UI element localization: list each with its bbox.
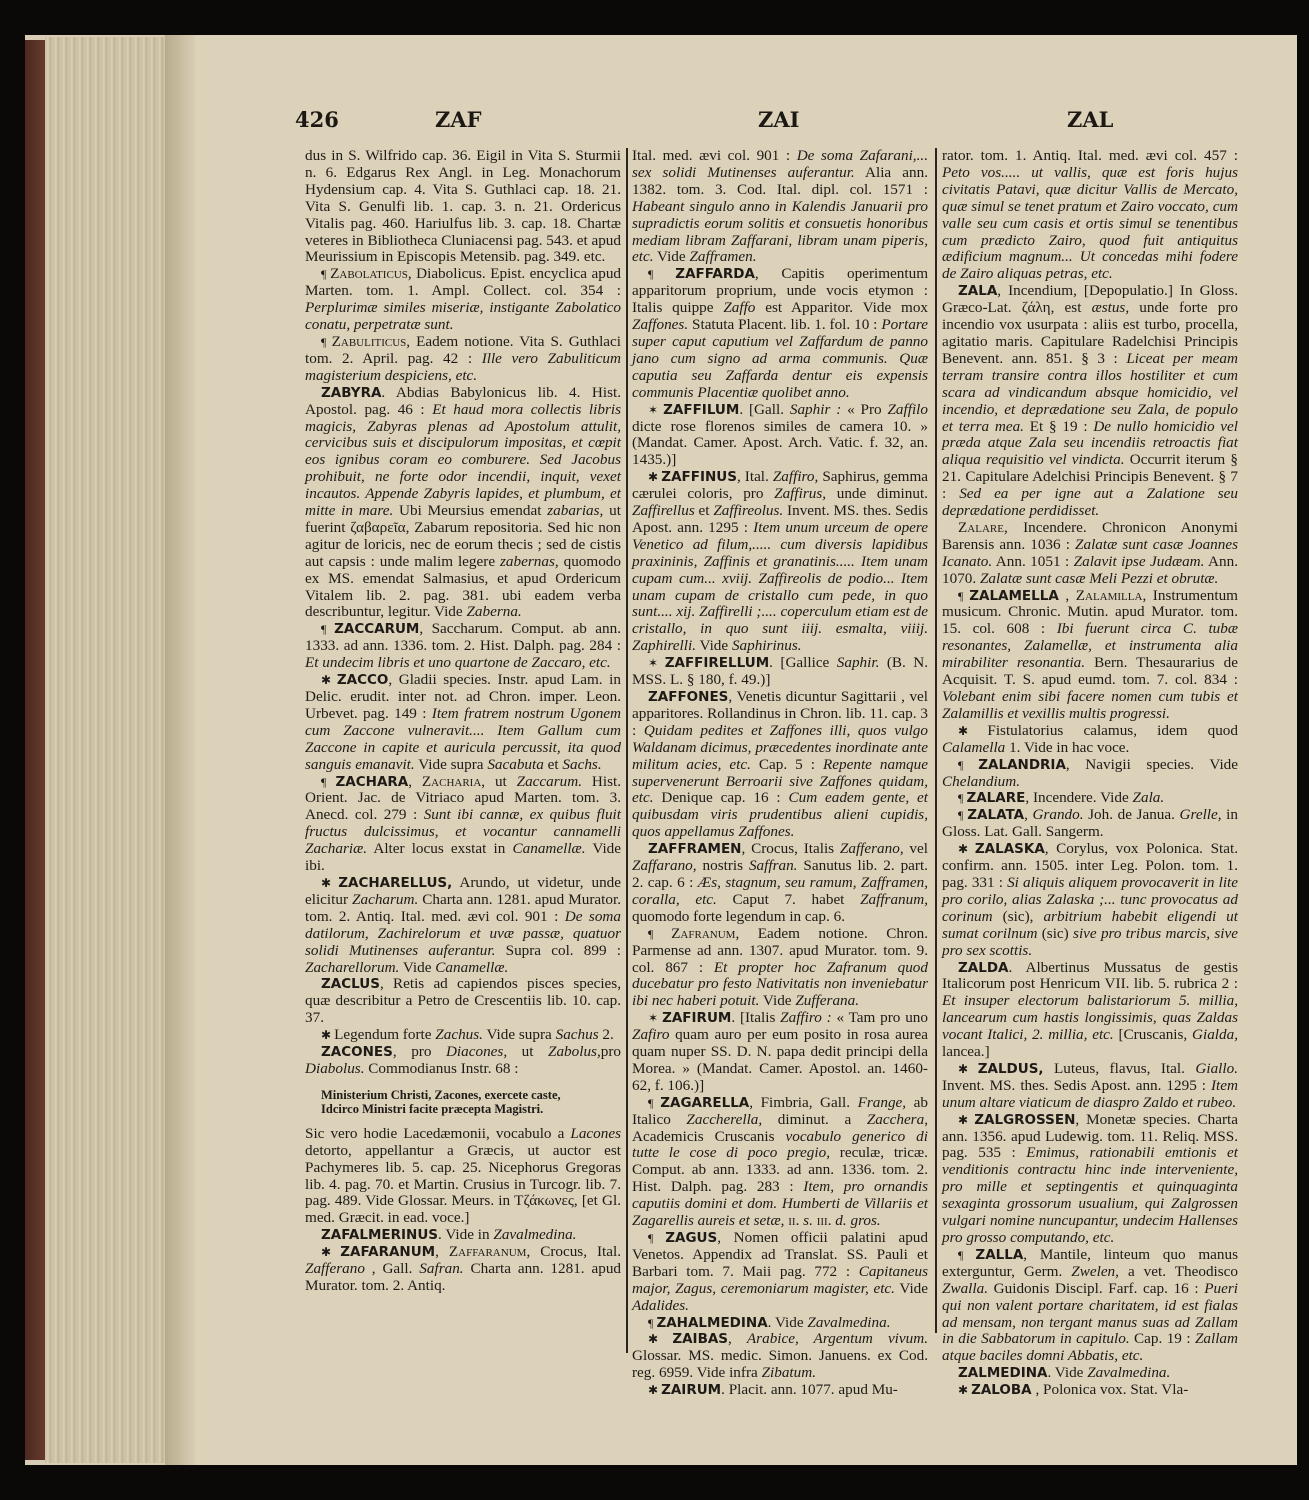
open-book: 426 ZAF ZAI ZAL dus in S. Wilfrido cap. … <box>25 35 1297 1465</box>
dictionary-entry: ✱ ZAFFINUS, Ital. Zaffiro, Saphirus, gem… <box>632 469 928 655</box>
entry-marker-icon: ✶ <box>648 656 665 670</box>
headword: ZALDA <box>958 960 1009 976</box>
headword: ZALOBA <box>971 1382 1032 1398</box>
gutter-shadow <box>165 35 195 1465</box>
dictionary-entry: ZAFFONES, Venetis dicuntur Sagittarii , … <box>632 689 928 841</box>
dictionary-entry: ✶ ZAFIRUM. [Italis Zaffiro : « Tam pro u… <box>632 1010 928 1095</box>
headword: ZAFIRUM <box>662 1010 731 1026</box>
dictionary-entry: ZALA, Incendium, [Depopulatio.] In Gloss… <box>942 283 1238 520</box>
headword: ZACONES <box>321 1044 393 1060</box>
headword: ZAFALMERINUS <box>321 1227 438 1243</box>
entry-marker-icon: ✱ <box>321 1245 340 1259</box>
running-header-left: ZAF <box>435 107 482 132</box>
headword: ZALDUS, <box>978 1061 1044 1077</box>
dictionary-entry: ✱ ZACCO, Gladii species. Instr. apud Lam… <box>305 672 621 773</box>
headword: ZALARE <box>966 790 1025 806</box>
headword: ZAFFRAMEN <box>648 841 741 857</box>
dictionary-entry: ¶ ZAHALMEDINA. Vide Zavalmedina. <box>632 1315 928 1332</box>
entry-marker-icon: ¶ <box>648 1231 665 1245</box>
dictionary-entry: ✶ ZAFFIRELLUM. [Gallice Saphir. (B. N. M… <box>632 655 928 689</box>
column-divider-2 <box>935 148 937 1333</box>
headword: ZALA <box>958 283 997 299</box>
dictionary-entry: ZABYRA. Abdias Babylonicus lib. 4. Hist.… <box>305 385 621 622</box>
entry-marker-icon: ✱ <box>958 1383 971 1397</box>
entry-marker-icon: ✶ <box>648 403 663 417</box>
dictionary-entry: ZALDA. Albertinus Mussatus de gestis Ita… <box>942 960 1238 1061</box>
entry-marker-icon: ✱ <box>958 724 987 738</box>
dictionary-entry: ✱ ZAFARANUM, Zaffaranum, Crocus, Ital. Z… <box>305 1244 621 1295</box>
entry-marker-icon: ¶ <box>321 775 336 789</box>
dictionary-entry: ✶ ZAFFILUM. [Gall. Saphir : « Pro Zaffil… <box>632 402 928 470</box>
dictionary-entry: ZACONES, pro Diacones, ut Zabolus,pro Di… <box>305 1044 621 1078</box>
headword: ZAFFARDA <box>675 266 755 282</box>
column-divider-1 <box>626 148 628 1353</box>
dictionary-entry: ¶ ZALATA, Grando. Joh. de Janua. Grelle,… <box>942 807 1238 841</box>
dictionary-entry: ¶ ZALANDRIA, Navigii species. Vide Chela… <box>942 757 1238 791</box>
column-3: rator. tom. 1. Antiq. Ital. med. ævi col… <box>942 148 1238 1399</box>
dictionary-entry: ✱ ZALASKA, Corylus, vox Polonica. Stat. … <box>942 841 1238 959</box>
dictionary-entry: rator. tom. 1. Antiq. Ital. med. ævi col… <box>942 148 1238 283</box>
headword: ZAIRUM <box>661 1382 721 1398</box>
dictionary-entry: ¶ ZALAMELLA , Zalamilla, Instrumentum mu… <box>942 588 1238 723</box>
column-1: dus in S. Wilfrido cap. 36. Eigil in Vit… <box>305 148 621 1295</box>
entry-marker-icon: ¶ <box>958 589 969 603</box>
dictionary-entry: ZAFFRAMEN, Crocus, Italis Zafferano, vel… <box>632 841 928 926</box>
dictionary-entry: Idcirco Ministri facite præcepta Magistr… <box>321 1102 621 1116</box>
headword: ZAGARELLA <box>660 1095 749 1111</box>
dictionary-entry: Ital. med. ævi col. 901 : De soma Zafara… <box>632 148 928 266</box>
entry-marker-icon: ✱ <box>321 673 337 687</box>
dictionary-entry: ¶ ZACHARA, Zacharia, ut Zaccarum. Hist. … <box>305 774 621 875</box>
entry-marker-icon: ✱ <box>648 1332 672 1346</box>
dictionary-entry: ✱ ZALDUS, Luteus, flavus, Ital. Giallo. … <box>942 1061 1238 1112</box>
entry-marker-icon: ¶ <box>321 335 332 349</box>
entry-marker-icon: ✱ <box>321 1028 334 1042</box>
dictionary-entry: ✱ ZAIRUM. Placit. ann. 1077. apud Mu- <box>632 1382 928 1399</box>
dictionary-entry: ✱ Legendum forte Zachus. Vide supra Sach… <box>305 1027 621 1044</box>
dictionary-entry: ✱ ZACHARELLUS, Arundo, ut videtur, unde … <box>305 875 621 976</box>
entry-marker-icon: ✱ <box>958 1113 974 1127</box>
headword: ZALASKA <box>975 841 1045 857</box>
headword: ZALLA <box>975 1247 1023 1263</box>
entry-marker-icon: ¶ <box>648 927 671 941</box>
entry-marker-icon: ¶ <box>648 1096 660 1110</box>
entry-marker-icon: ¶ <box>648 267 675 281</box>
dictionary-page: 426 ZAF ZAI ZAL dus in S. Wilfrido cap. … <box>195 35 1297 1465</box>
dictionary-entry: ZACLUS, Retis ad capiendos pisces specie… <box>305 976 621 1027</box>
entry-marker-icon: ✶ <box>648 1011 662 1025</box>
dictionary-entry: Sic vero hodie Lacedæmonii, vocabulo a L… <box>305 1126 621 1227</box>
headword: ZAFFONES <box>648 689 728 705</box>
dictionary-entry: ¶ Zabolaticus, Diabolicus. Epist. encycl… <box>305 266 621 334</box>
dictionary-entry: ¶ ZALARE, Incendere. Vide Zala. <box>942 790 1238 807</box>
dictionary-entry: Ministerium Christi, Zacones, exercete c… <box>321 1088 621 1102</box>
entry-marker-icon: ¶ <box>958 808 967 822</box>
entry-marker-icon: ✱ <box>321 876 338 890</box>
headword: ZAFFILUM <box>663 402 739 418</box>
dictionary-entry: ✱ ZALGROSSEN, Monetæ species. Charta ann… <box>942 1112 1238 1247</box>
dictionary-entry: ZALMEDINA. Vide Zavalmedina. <box>942 1365 1238 1382</box>
headword: ZALGROSSEN <box>974 1112 1075 1128</box>
dictionary-entry: Zalare, Incendere. Chronicon Anonymi Bar… <box>942 520 1238 588</box>
headword: ZABYRA <box>321 385 381 401</box>
entry-marker-icon: ✱ <box>648 470 661 484</box>
entry-marker-icon: ✱ <box>958 842 975 856</box>
headword: ZALATA <box>967 807 1024 823</box>
headword: ZAHALMEDINA <box>656 1315 767 1331</box>
dictionary-entry: ¶ Zafranum, Eadem notione. Chron. Parmen… <box>632 926 928 1011</box>
headword: ZALAMELLA <box>969 588 1059 604</box>
headword: ZACCARUM <box>334 621 419 637</box>
headword: ZALANDRIA <box>978 757 1066 773</box>
headword: ZACHARA <box>336 774 409 790</box>
dictionary-entry: ¶ ZAGARELLA, Fimbria, Gall. Frange, ab I… <box>632 1095 928 1230</box>
dictionary-entry: ✱ ZAIBAS, Arabice, Argentum vivum. Gloss… <box>632 1331 928 1382</box>
entry-marker-icon: ✱ <box>958 1062 978 1076</box>
headword: ZACHARELLUS, <box>338 875 452 891</box>
page-number: 426 <box>295 107 339 132</box>
headword: ZACLUS <box>321 976 380 992</box>
headword: ZALMEDINA <box>958 1365 1047 1381</box>
entry-marker-icon: ¶ <box>321 267 330 281</box>
dictionary-entry: ✱ ZALOBA , Polonica vox. Stat. Vla- <box>942 1382 1238 1399</box>
headword: ZAGUS <box>665 1230 717 1246</box>
entry-marker-icon: ¶ <box>321 622 334 636</box>
dictionary-entry: dus in S. Wilfrido cap. 36. Eigil in Vit… <box>305 148 621 266</box>
running-header-right: ZAL <box>1067 107 1113 132</box>
dictionary-entry: ¶ Zabuliticus, Eadem notione. Vita S. Gu… <box>305 334 621 385</box>
running-header-center: ZAI <box>758 107 799 132</box>
headword: ZAFARANUM <box>340 1244 435 1260</box>
dictionary-entry: ¶ ZAGUS, Nomen officii palatini apud Ven… <box>632 1230 928 1315</box>
headword: ZAFFINUS <box>661 469 737 485</box>
headword: ZACCO <box>337 672 389 688</box>
dictionary-entry: ✱ Fistulatorius calamus, idem quod Calam… <box>942 723 1238 757</box>
headword: ZAIBAS <box>672 1331 728 1347</box>
dictionary-entry: ¶ ZALLA, Mantile, linteum quo manus exte… <box>942 1247 1238 1365</box>
dictionary-entry: ZAFALMERINUS. Vide in Zavalmedina. <box>305 1227 621 1244</box>
page-edges <box>45 37 165 1463</box>
dictionary-entry: ¶ ZACCARUM, Saccharum. Comput. ab ann. 1… <box>305 621 621 672</box>
entry-marker-icon: ¶ <box>958 1248 975 1262</box>
dictionary-entry: ¶ ZAFFARDA, Capitis operimentum apparito… <box>632 266 928 401</box>
entry-marker-icon: ¶ <box>958 758 978 772</box>
entry-marker-icon: ✱ <box>648 1383 661 1397</box>
headword: ZAFFIRELLUM <box>665 655 769 671</box>
column-2: Ital. med. ævi col. 901 : De soma Zafara… <box>632 148 928 1399</box>
